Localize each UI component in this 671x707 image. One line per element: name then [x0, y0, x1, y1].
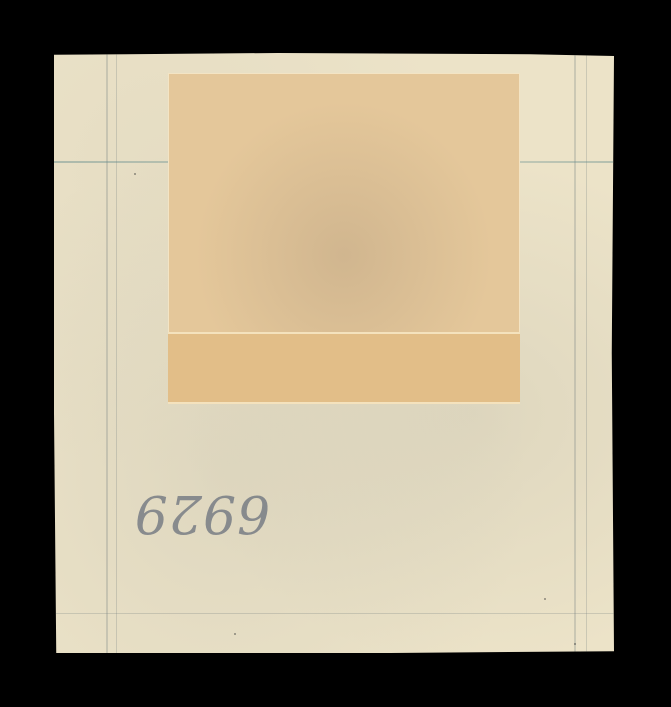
- frame-line-left: [106, 53, 108, 653]
- frame-line-bottom: [54, 613, 614, 614]
- pencil-notation: 6929: [132, 453, 272, 573]
- speck: [234, 633, 236, 635]
- speck: [134, 173, 136, 175]
- frame-line-right: [574, 53, 576, 653]
- frame-line-left-inner: [116, 53, 117, 653]
- speck: [544, 598, 546, 600]
- frame-line-right-inner: [586, 53, 587, 653]
- speck: [574, 643, 576, 645]
- stamp-hinge-fold: [168, 332, 520, 404]
- stamp-back: 6929: [54, 53, 614, 653]
